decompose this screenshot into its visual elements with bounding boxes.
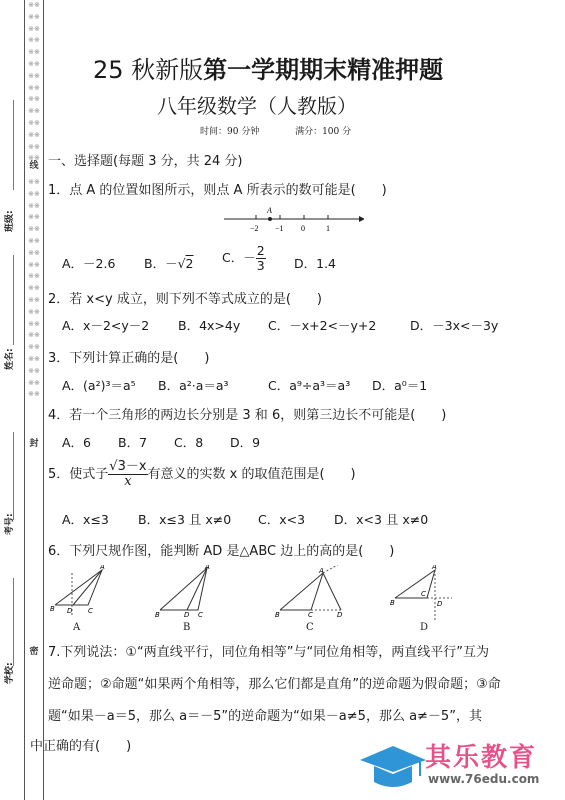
svg-text:−1: −1: [275, 224, 284, 233]
svg-text:B: B: [275, 611, 280, 619]
q3-option-d[interactable]: D．a⁰＝1: [372, 376, 427, 394]
svg-text:D: D: [437, 600, 443, 608]
svg-text:A: A: [266, 206, 272, 215]
q3-option-a[interactable]: A．(a²)³＝a⁵: [62, 376, 136, 394]
question-5-stem: 5．使式子√3－xx有意义的实数 x 的取值范围是( ): [48, 460, 356, 489]
svg-text:B: B: [390, 599, 395, 607]
number-line-figure: A −2 −1 0 1: [224, 205, 364, 235]
watermark-brand: 其乐教育: [425, 737, 537, 774]
svg-text:A: A: [204, 565, 210, 571]
exam-number-field-line[interactable]: [13, 432, 14, 520]
class-field-line[interactable]: [13, 100, 14, 190]
question-3-stem: 3．下列计算正确的是( ): [48, 347, 209, 366]
svg-text:C: C: [421, 590, 426, 598]
exam-score: 满分：100 分: [295, 127, 351, 137]
school-field-line[interactable]: [13, 578, 14, 666]
figure-b-label: B: [183, 622, 190, 633]
question-4-stem: 4．若一个三角形的两边长分别是 3 和 6，则第三边长不可能是( ): [48, 404, 446, 423]
question-6-stem: 6．下列尺规作图，能判断 AD 是△ABC 边上的高的是( ): [48, 540, 394, 559]
svg-text:B: B: [155, 611, 160, 619]
figure-a-label: A: [73, 622, 80, 633]
q2-option-b[interactable]: B．4x>4y: [178, 316, 240, 334]
figure-a[interactable]: B A D C: [50, 565, 120, 625]
q4-option-c[interactable]: C．8: [174, 433, 203, 451]
svg-text:C: C: [308, 611, 313, 619]
star-column: ※※※※※※※※※※※※※※※※※※※※※※※※※※※※※※※※※※※※※※※※…: [27, 0, 41, 800]
q5-stem-pre: 5．使式子: [48, 467, 108, 482]
q2-option-a[interactable]: A．x－2<y－2: [62, 316, 149, 334]
page-subtitle: 八年级数学（人教版）: [157, 90, 357, 119]
q5-frac-den: x: [108, 475, 147, 489]
title-prefix: 25 秋新版: [93, 56, 203, 84]
q5-option-b[interactable]: B．x≤3 且 x≠0: [138, 510, 231, 528]
svg-text:A: A: [318, 567, 324, 575]
svg-text:1: 1: [326, 224, 330, 233]
svg-text:C: C: [88, 607, 93, 615]
question-2-stem: 2．若 x<y 成立，则下列不等式成立的是( ): [48, 288, 322, 307]
seal-char-feng: 封: [28, 438, 40, 450]
seal-char-mi: 密: [28, 646, 40, 658]
q5-frac-num: √3－x: [108, 460, 147, 475]
class-label: 班级:: [2, 210, 15, 232]
question-1-stem: 1．点 A 的位置如图所示，则点 A 所表示的数可能是( ): [48, 179, 387, 198]
exam-meta: 时间：90 分钟 满分：100 分: [200, 124, 351, 137]
q1-option-b[interactable]: B．－√2: [144, 254, 194, 272]
svg-text:−2: −2: [250, 224, 259, 233]
name-field-line[interactable]: [13, 255, 14, 345]
q2-option-c[interactable]: C．－x+2<－y+2: [268, 316, 376, 334]
graduation-cap-icon: [360, 738, 426, 788]
svg-text:A: A: [431, 565, 437, 571]
exam-number-label: 考号:: [2, 513, 15, 535]
q5-stem-post: 有意义的实数 x 的取值范围是( ): [148, 467, 356, 482]
q4-option-d[interactable]: D．9: [230, 433, 260, 451]
svg-text:0: 0: [301, 224, 305, 233]
q4-option-b[interactable]: B．7: [118, 433, 147, 451]
title-main: 第一学期期末精准押题: [203, 56, 443, 84]
page-title: 25 秋新版第一学期期末精准押题: [93, 50, 443, 85]
watermark-url: www.76edu.com: [428, 772, 539, 786]
school-label: 学校:: [2, 662, 15, 684]
figure-b[interactable]: B A D C: [155, 565, 225, 625]
svg-text:B: B: [50, 605, 55, 613]
svg-text:D: D: [67, 607, 73, 615]
question-7-line-1: 7.下列说法：①“两直线平行，同位角相等”与“同位角相等，两直线平行”互为: [48, 641, 489, 660]
name-label: 姓名:: [2, 348, 15, 370]
q1-option-c[interactable]: C．－23: [222, 244, 266, 273]
figure-d-label: D: [420, 622, 428, 633]
question-7-line-2: 逆命题；②命题“如果两个角相等，那么它们都是直角”的逆命题为假命题；③命: [48, 673, 501, 692]
q5-option-d[interactable]: D．x<3 且 x≠0: [334, 510, 428, 528]
binding-line-inner: [43, 0, 44, 800]
question-7-line-3: 题“如果－a＝5，那么 a＝－5”的逆命题为“如果－a≠5，那么 a≠－5”，其: [48, 705, 482, 724]
q1-option-a[interactable]: A．－2.6: [62, 254, 115, 272]
exam-time: 时间：90 分钟: [200, 127, 259, 137]
q3-option-b[interactable]: B．a²·a＝a³: [158, 376, 229, 394]
figure-c-label: C: [306, 622, 314, 633]
figure-d[interactable]: B A C D: [390, 565, 460, 625]
svg-text:D: D: [184, 611, 190, 619]
svg-text:A: A: [99, 565, 105, 571]
q3-option-c[interactable]: C．a⁹÷a³＝a³: [268, 376, 350, 394]
svg-text:D: D: [337, 611, 343, 619]
section-heading: 一、选择题(每题 3 分，共 24 分): [48, 150, 243, 169]
q2-option-d[interactable]: D．－3x<－3y: [410, 316, 498, 334]
figure-c[interactable]: B A C D: [275, 565, 345, 625]
q4-option-a[interactable]: A．6: [62, 433, 91, 451]
binding-line-outer: [24, 0, 25, 800]
seal-char-xian: 线: [28, 160, 40, 172]
q5-option-c[interactable]: C．x<3: [258, 510, 305, 528]
q5-option-a[interactable]: A．x≤3: [62, 510, 109, 528]
svg-text:C: C: [198, 611, 203, 619]
q1-option-d[interactable]: D．1.4: [294, 254, 336, 272]
question-7-line-4: 中正确的有( ): [30, 735, 131, 754]
